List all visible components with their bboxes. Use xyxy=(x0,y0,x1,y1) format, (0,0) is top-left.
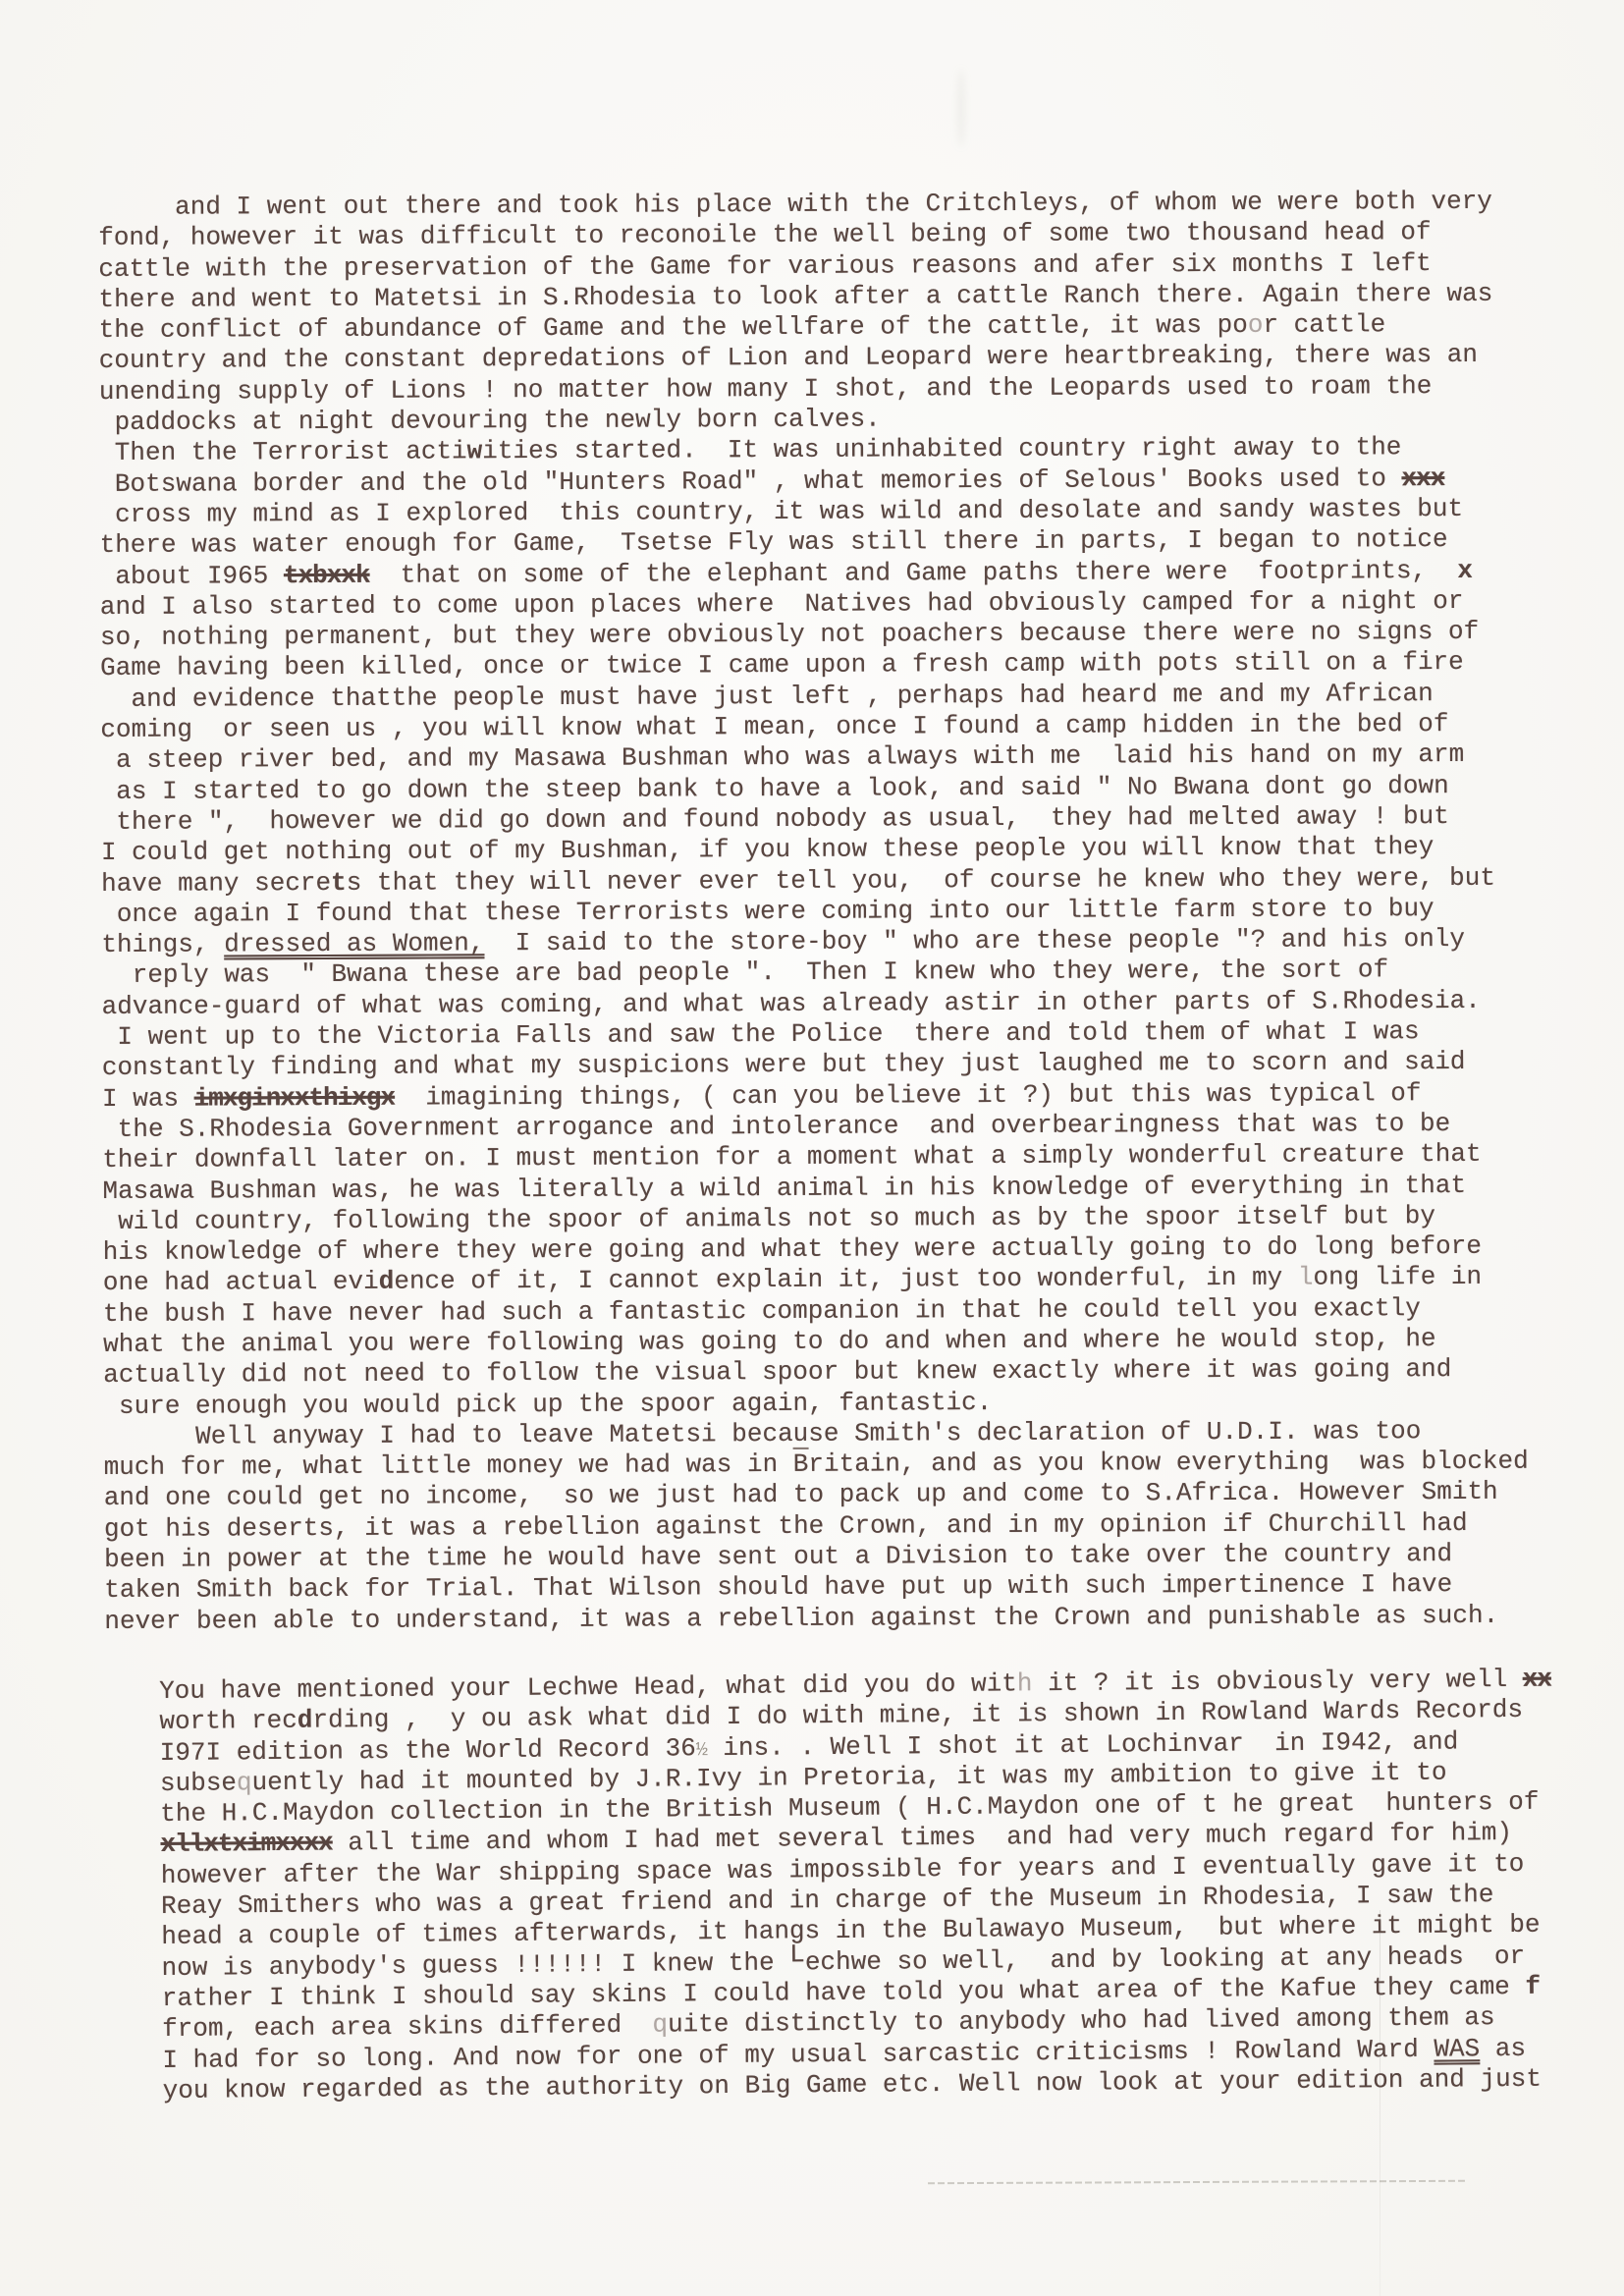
struck-out-text: xxx xyxy=(1401,464,1444,493)
overstruck-char: d xyxy=(298,1706,313,1735)
faint-char: q xyxy=(652,2010,668,2040)
text-line: unending supply of Lions ! no matter how… xyxy=(99,370,1592,408)
text-line: never been able to understand, it was a … xyxy=(104,1600,1597,1637)
overstruck-char: x xyxy=(1457,555,1473,584)
faint-char: o xyxy=(1248,310,1264,340)
struck-out-text: txbxxk xyxy=(284,560,370,589)
faint-char: l xyxy=(1298,1263,1314,1292)
paragraph-1: and I went out there and took his place … xyxy=(98,186,1597,1637)
superscript-char: L xyxy=(789,1940,805,1969)
letter-body: and I went out there and took his place … xyxy=(98,192,1591,2106)
struck-out-text: xx xyxy=(1523,1665,1551,1694)
faint-char: h xyxy=(1017,1668,1033,1698)
text-line: actually did not need to follow the visu… xyxy=(103,1354,1596,1392)
pencil-line xyxy=(928,2180,1466,2184)
faint-char: q xyxy=(237,1768,252,1797)
struck-out-text: imxginxxthixgx xyxy=(194,1082,396,1113)
underlined-text: WAS xyxy=(1434,2034,1480,2063)
paper-crease xyxy=(1380,1910,1380,2296)
overlined-char: B xyxy=(793,1448,809,1479)
overstruck-char: w xyxy=(467,437,483,466)
pencil-half-mark: ½ xyxy=(696,1739,708,1762)
underlined-text: dressed as Women, xyxy=(224,928,484,958)
letter-page: and I went out there and took his place … xyxy=(0,0,1624,2296)
overstruck-char: f xyxy=(1525,1972,1541,2001)
overstruck-char: d xyxy=(379,1267,395,1296)
paper-smudge xyxy=(957,69,965,147)
overstruck-char: t xyxy=(331,867,347,897)
struck-out-text: xllxtximxxxx xyxy=(160,1829,332,1860)
